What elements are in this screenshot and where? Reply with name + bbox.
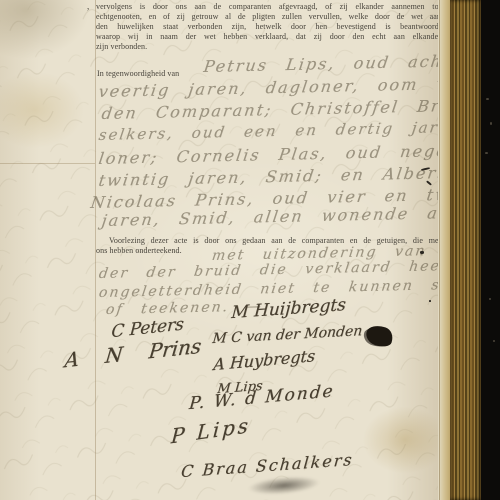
dust-speck (490, 122, 492, 125)
signature: C Braa Schalkers (180, 450, 354, 481)
page-seam-line (439, 0, 440, 500)
dust-speck (486, 98, 489, 100)
ink-speck (420, 251, 424, 254)
printed-line: vervolgens is door ons aan de comparante… (96, 2, 440, 12)
printed-line: echtgenooten, en of zij getrouw al de pl… (96, 12, 440, 22)
printed-line: zijn verbonden. (96, 42, 440, 52)
signature: M C van der Monden (212, 323, 363, 347)
ink-smudge (247, 474, 320, 497)
printed-line: den huwelijken staat verbonden zijn, het… (96, 22, 440, 32)
handwritten-line: Petrus Lips, oud acht en (202, 50, 440, 76)
signature: P Lips (170, 413, 251, 449)
dust-speck (485, 152, 488, 154)
dust-speck (493, 340, 495, 342)
printed-line: waarop wij in naam der wet hebben verkla… (96, 32, 440, 42)
presence-label: In tegenwoordigheid van (97, 69, 179, 79)
ink-speck (429, 300, 431, 302)
ink-blot (364, 322, 396, 349)
book-photo: { "document": { "leading_mark": ",", "cl… (0, 0, 500, 500)
margin-rule-horizontal (0, 163, 95, 164)
carryover-mark: , (87, 1, 89, 11)
book-fore-edge (450, 0, 481, 500)
closing-clause-paragraph: vervolgens is door ons aan de comparante… (96, 2, 440, 52)
signature: A Huybregts (213, 346, 316, 374)
register-page: , vervolgens is door ons aan de comparan… (0, 0, 440, 500)
dust-speck (489, 298, 491, 300)
